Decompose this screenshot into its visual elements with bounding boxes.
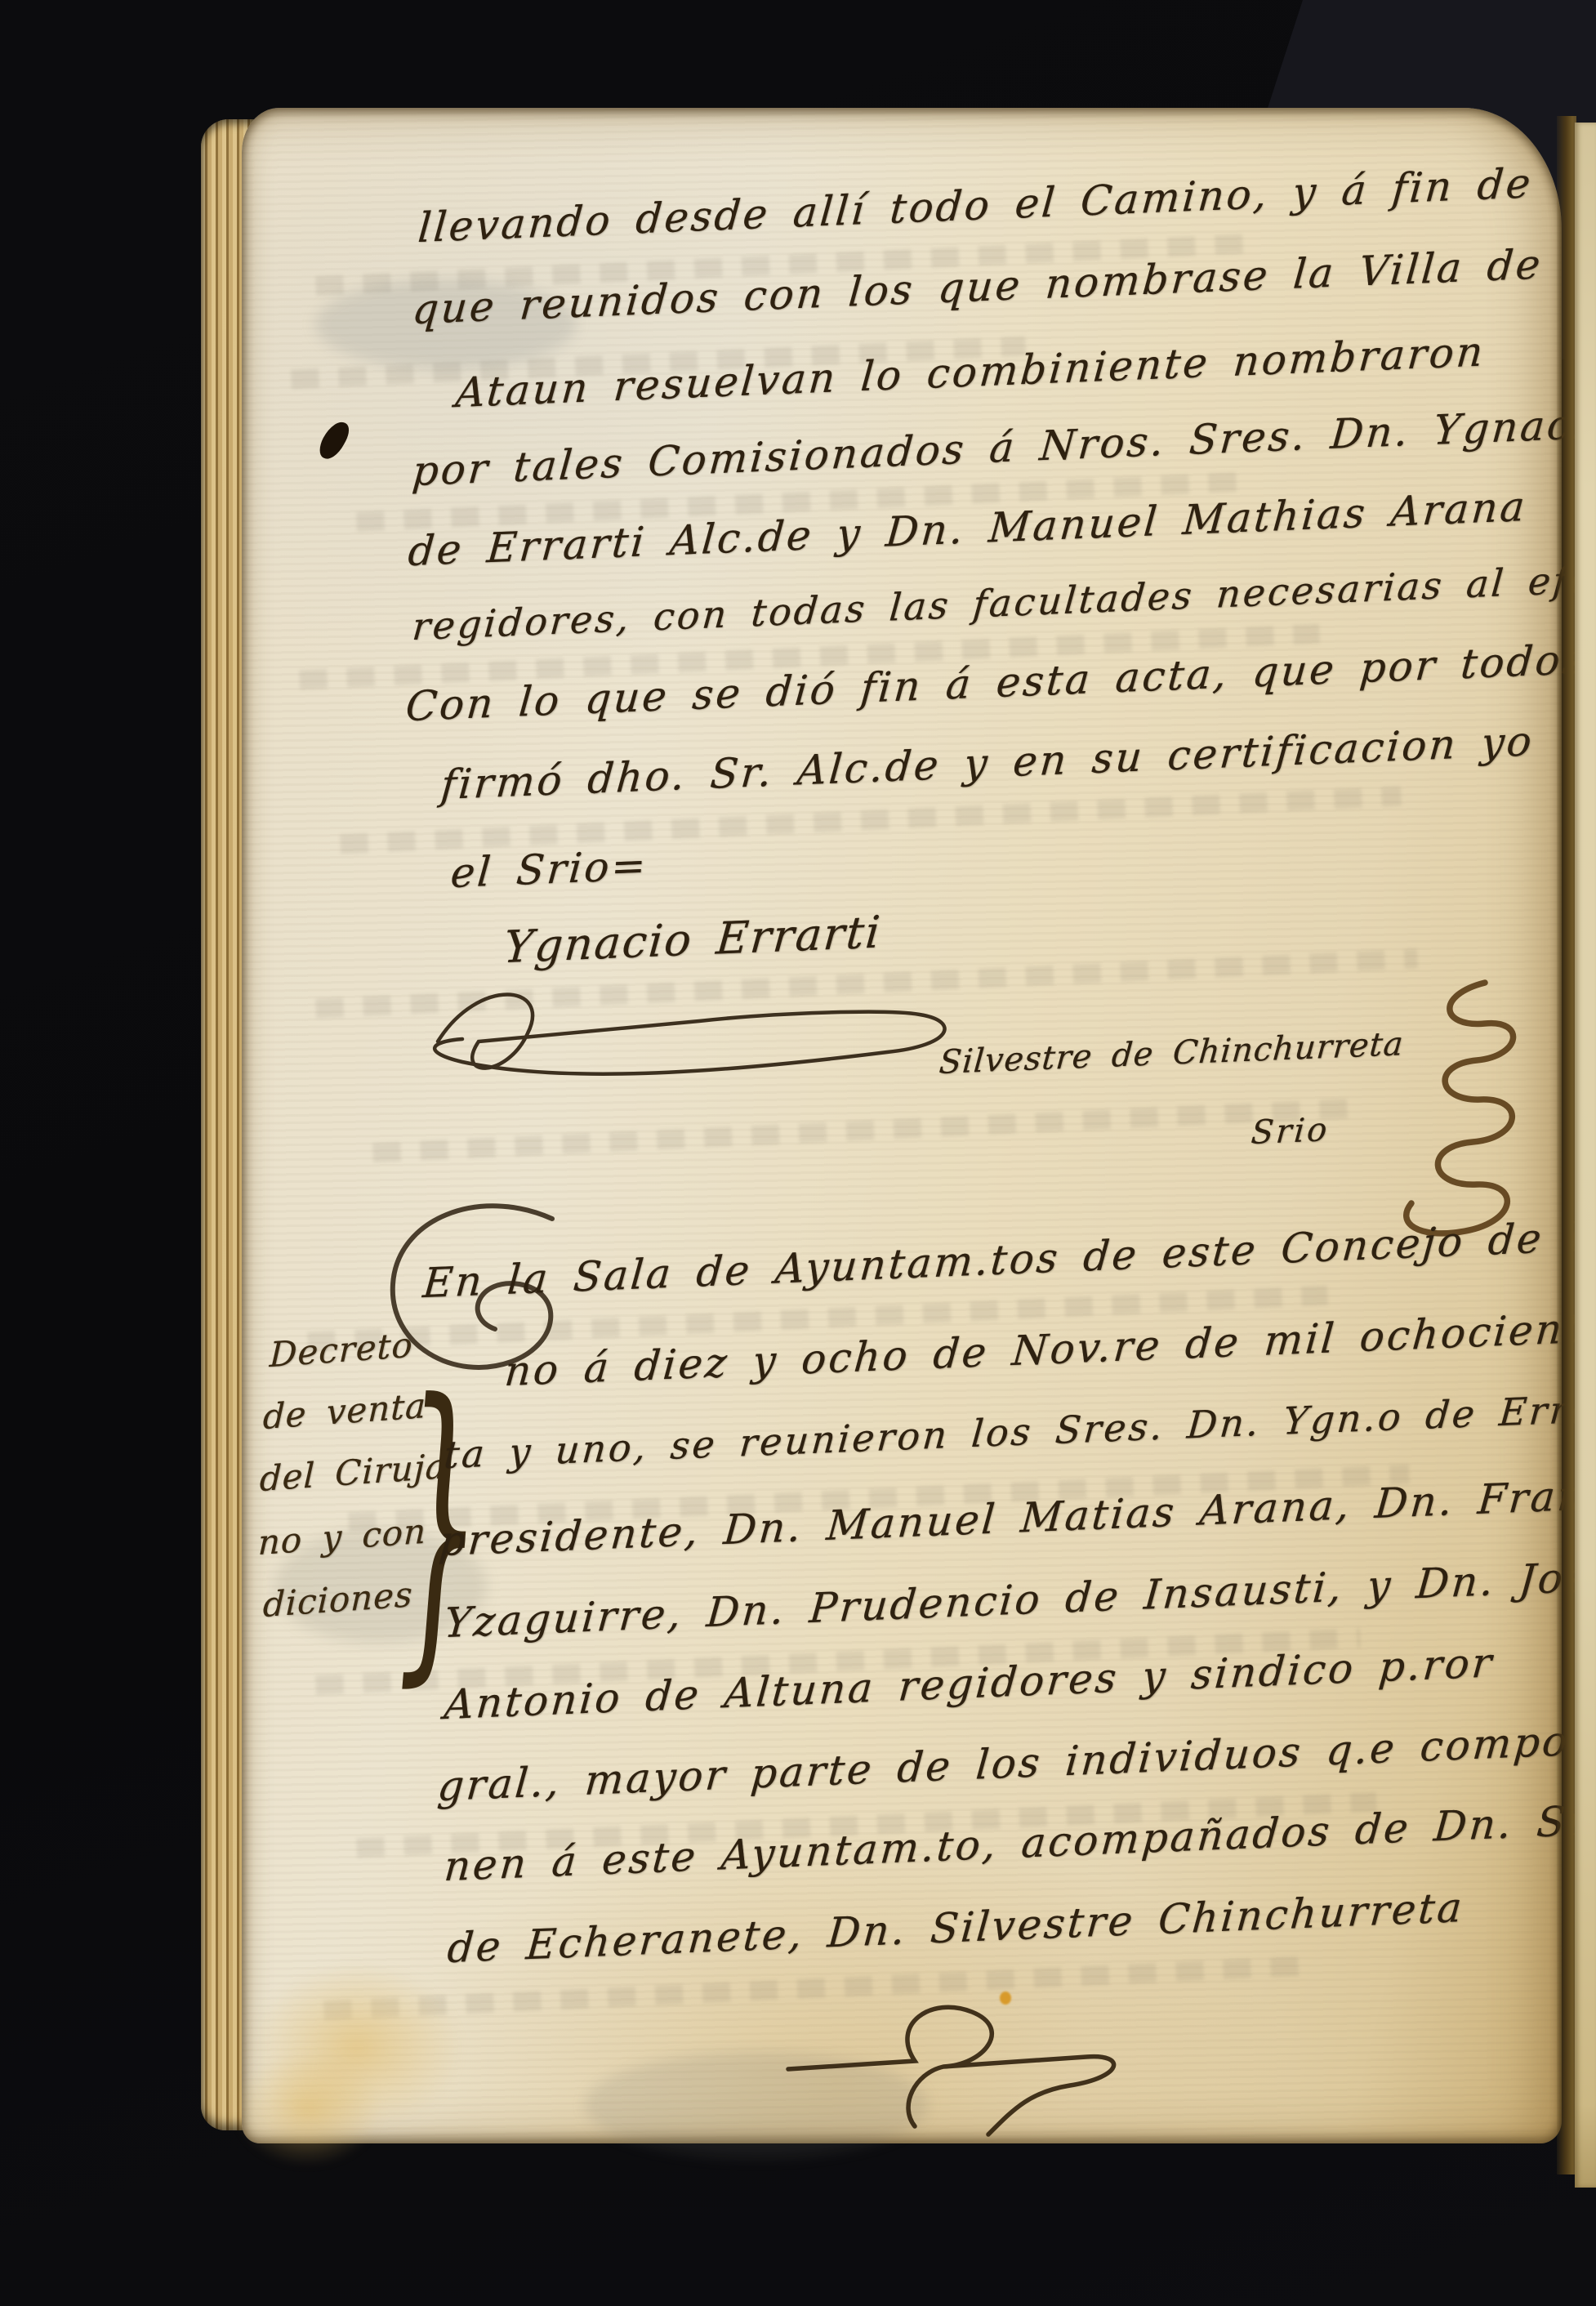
- rubric-flourish-icon: [784, 1975, 1144, 2155]
- manuscript-line: gral., mayor parte de los individuos q.e…: [436, 1717, 1571, 1810]
- signature-title: Srio: [1250, 1111, 1331, 1152]
- ink-blot: [315, 417, 353, 463]
- paper-stain: [234, 2052, 381, 2166]
- rubric-flourish-icon: [1362, 979, 1534, 1256]
- signature-name: Ygnacio Errarti: [502, 906, 883, 973]
- manuscript-line: de Echeranete, Dn. Silvestre Chinchurret…: [446, 1884, 1466, 1972]
- rubric-flourish-icon: [430, 964, 969, 1119]
- manuscript-photograph: llevando desde allí todo el Camino, y á …: [0, 0, 1596, 2306]
- manuscript-line: por tales Comisionados á Nros. Sres. Dn.…: [411, 399, 1596, 495]
- adjacent-page-edge: [1575, 123, 1596, 2188]
- manuscript-line: ta y uno, se reunieron los Sres. Dn. Ygn…: [443, 1378, 1596, 1477]
- gutter-shadow: [1557, 116, 1576, 2174]
- manuscript-line: el Srio=: [449, 841, 650, 897]
- manuscript-page: llevando desde allí todo el Camino, y á …: [242, 108, 1562, 2143]
- signature-name: Silvestre de Chinchurreta: [938, 1025, 1405, 1082]
- manuscript-line: regidores, con todas las facultades nece…: [411, 554, 1596, 649]
- manuscript-line: Yzaguirre, Dn. Prudencio de Insausti, y …: [443, 1552, 1596, 1647]
- manuscript-line: llevando desde allí todo el Camino, y á …: [417, 159, 1535, 252]
- manuscript-line: En la Sala de Ayuntam.tos de este Concej…: [421, 1208, 1596, 1307]
